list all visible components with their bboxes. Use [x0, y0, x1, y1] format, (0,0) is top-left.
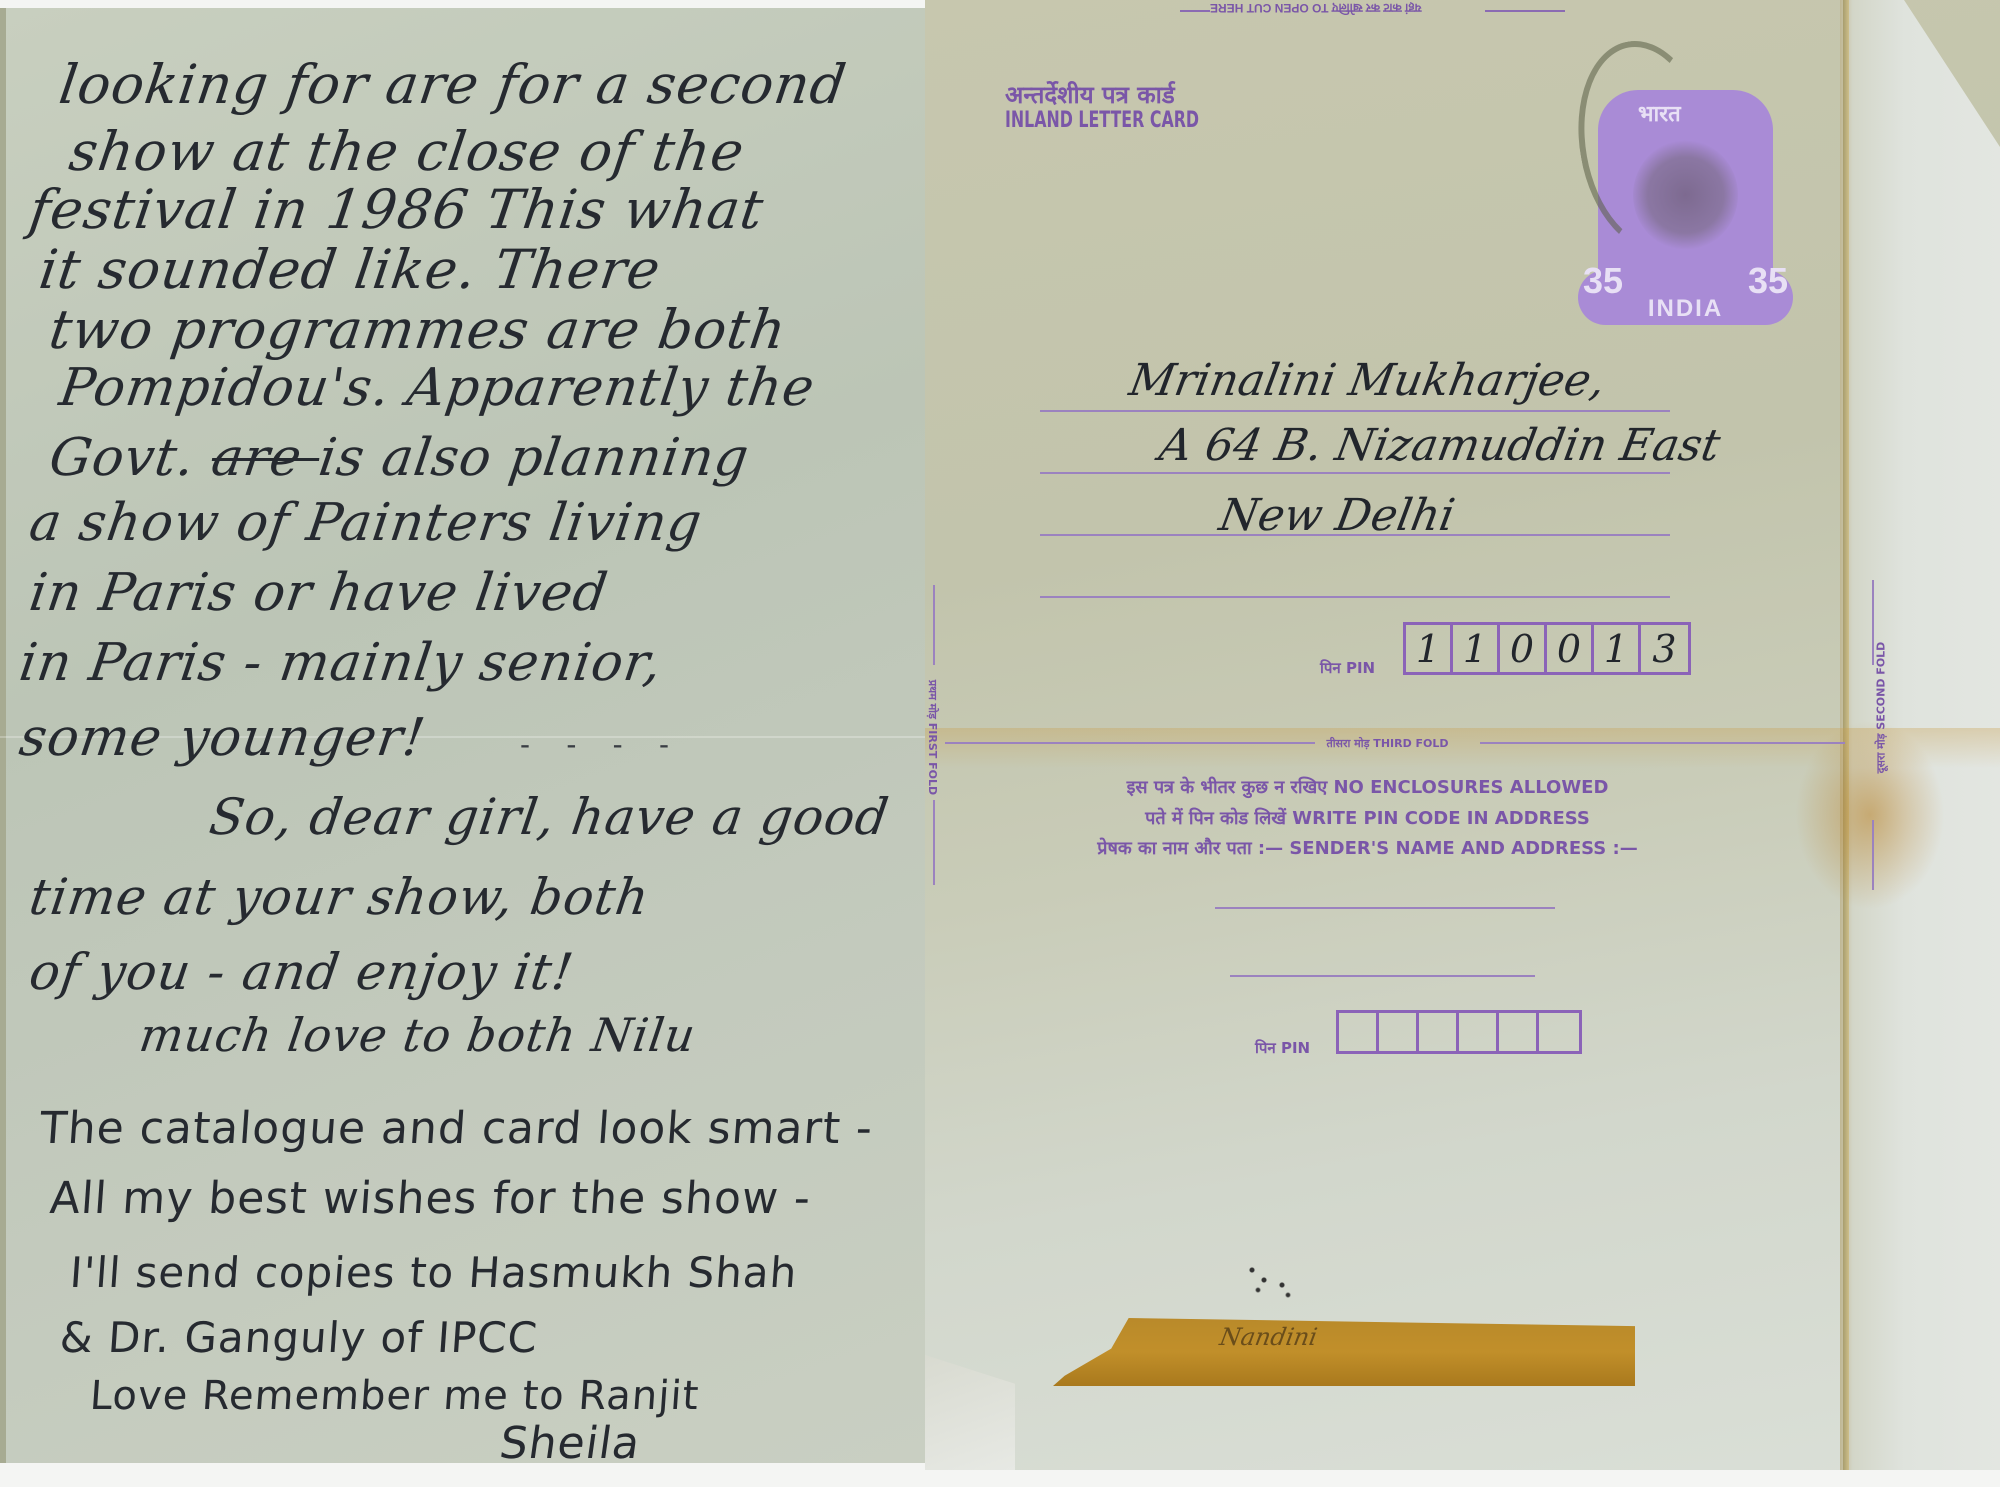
cut-here-label: यहां काट कर खोलिए TO OPEN CUT HERE: [1210, 0, 1422, 17]
inland-letter-card: यहां काट कर खोलिए TO OPEN CUT HERE अन्तर…: [925, 0, 2000, 1470]
letter-line: show at the close of the: [66, 120, 749, 183]
adhesive-tape-strip: [1053, 1318, 1635, 1386]
postscript-line: I'll send copies to Hasmukh Shah: [68, 1248, 799, 1297]
pin-digit: 1: [1406, 625, 1453, 672]
pin-digit-empty: [1499, 1013, 1539, 1051]
pin-digit: 0: [1547, 625, 1594, 672]
pin-digit: 0: [1500, 625, 1547, 672]
letter-line: looking for are for a second: [56, 53, 851, 116]
cut-line-left: [1180, 10, 1210, 12]
notice-write-pin: पते में पिन कोड लिखें WRITE PIN CODE IN …: [905, 806, 1830, 830]
third-fold-line: [1480, 742, 1845, 744]
pin-digit: 1: [1453, 625, 1500, 672]
sender-pin-label: पिन PIN: [1255, 1038, 1310, 1058]
first-fold-line: [933, 585, 935, 665]
letter-line: in Paris - mainly senior,: [16, 633, 666, 693]
letter-line: it sounded like. There: [36, 238, 665, 301]
letter-line: Pompidou's. Apparently the: [56, 358, 819, 418]
card-title-english: INLAND LETTER CARD: [1005, 108, 1199, 133]
notice-sender-address: प्रेषक का नाम और पता :— SENDER'S NAME AN…: [905, 836, 1830, 860]
address-line: [1040, 596, 1670, 598]
address-line: [1040, 472, 1670, 474]
pin-digit-empty: [1539, 1013, 1579, 1051]
sender-address-line: [1215, 907, 1555, 909]
handwritten-letter-page: looking for are for a second show at the…: [0, 8, 925, 1463]
address-line: [1040, 534, 1670, 536]
struck-word: are: [208, 428, 324, 488]
dash-separator: - - - -: [520, 728, 683, 762]
ink-specks: [1240, 1255, 1300, 1305]
letter-line: So, dear girl, have a good: [206, 788, 893, 846]
letter-line: a show of Painters living: [26, 493, 706, 553]
notice-no-enclosures: इस पत्र के भीतर कुछ न रखिए NO ENCLOSURES…: [905, 775, 1830, 799]
letter-line: time at your show, both: [26, 868, 653, 926]
postscript-line: All my best wishes for the show -: [48, 1173, 812, 1224]
pin-code-boxes: 1 1 0 0 1 3: [1403, 622, 1691, 675]
sender-pin-boxes: [1336, 1010, 1582, 1054]
letter-line-text: Govt. are is also planning: [46, 428, 753, 488]
address-line: [1040, 410, 1670, 412]
cut-line-right: [1485, 10, 1565, 12]
pin-digit: 3: [1641, 625, 1688, 672]
letter-line: much love to both Nilu: [136, 1008, 699, 1062]
letter-line: some younger!: [16, 708, 430, 768]
postscript-line: & Dr. Ganguly of IPCC: [58, 1313, 539, 1362]
pin-label: पिन PIN: [1320, 658, 1375, 678]
signature: Sheila: [496, 1418, 643, 1469]
sender-address-line: [1230, 975, 1535, 977]
pin-digit-empty: [1459, 1013, 1499, 1051]
pin-digit-empty: [1339, 1013, 1379, 1051]
recipient-name: Mrinalini Mukharjee,: [1126, 355, 1610, 406]
postscript-line: The catalogue and card look smart -: [38, 1103, 874, 1154]
pin-digit: 1: [1594, 625, 1641, 672]
pin-digit-empty: [1419, 1013, 1459, 1051]
letter-line: of you - and enjoy it!: [26, 943, 578, 1001]
recipient-street: A 64 B. Nizamuddin East: [1156, 420, 1724, 471]
second-fold-label: दूसरा मोड़ SECOND FOLD: [1873, 642, 1888, 774]
letter-line: festival in 1986 This what: [26, 178, 768, 241]
tape-handwriting: Nandini: [1218, 1323, 1320, 1351]
second-fold-line: [1872, 820, 1874, 890]
postscript-line: Love Remember me to Ranjit: [88, 1373, 700, 1419]
letter-line-with-strikethrough: Govt. are is also planning: [46, 428, 753, 488]
letter-line: two programmes are both: [46, 298, 791, 361]
pin-digit-empty: [1379, 1013, 1419, 1051]
stamp-country: INDIA: [1578, 295, 1793, 323]
card-title-hindi: अन्तर्देशीय पत्र कार्ड: [1005, 78, 1175, 111]
letter-line: in Paris or have lived: [26, 563, 612, 623]
